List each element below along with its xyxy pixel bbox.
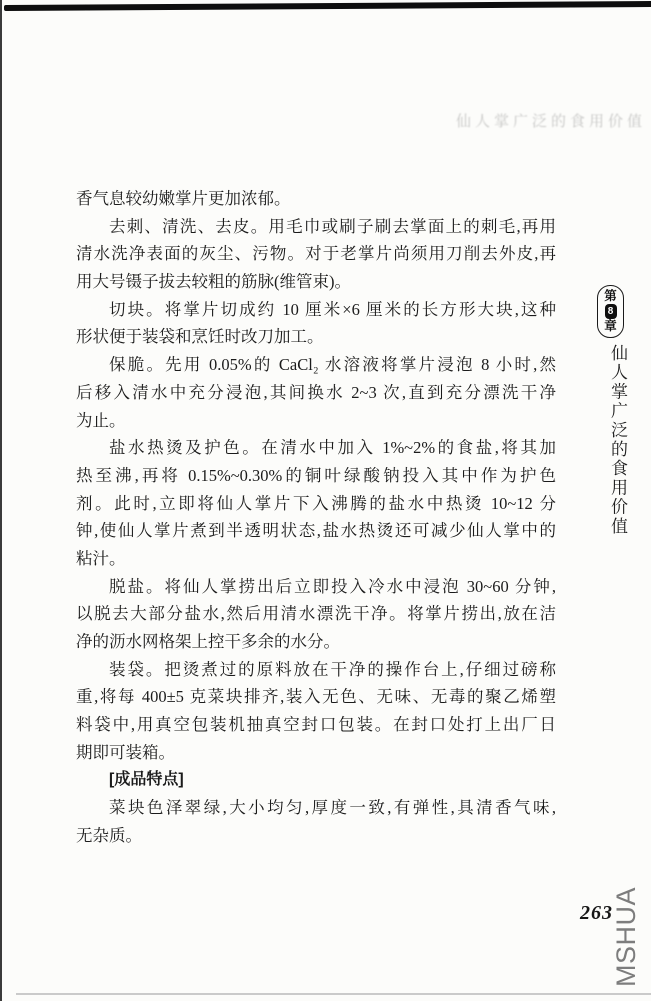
text-line: 形状便于装袋和烹饪时改刀加工。 bbox=[76, 323, 556, 351]
text-line: 盐水热烫及护色。在清水中加入 1%~2%的食盐,将其加 bbox=[76, 434, 556, 462]
text-line: 重,将每 400±5 克菜块排齐,装入无色、无味、无毒的聚乙烯塑 bbox=[76, 683, 556, 711]
text-line: 期即可装箱。 bbox=[76, 739, 556, 767]
scan-edge-artifact-top bbox=[4, 1, 651, 11]
page-number: 263 bbox=[580, 902, 613, 925]
text-line: 净的沥水网格架上控干多余的水分。 bbox=[76, 628, 556, 656]
text-line: 菜块色泽翠绿,大小均匀,厚度一致,有弹性,具清香气味, bbox=[76, 794, 556, 822]
text-line: 去刺、清洗、去皮。用毛巾或刷子刷去掌面上的刺毛,再用 bbox=[76, 213, 556, 241]
scanned-book-page: 仙人掌广泛的食用价值 香气息较幼嫩掌片更加浓郁。去刺、清洗、去皮。用毛巾或刷子刷… bbox=[0, 0, 651, 1001]
chapter-badge-suffix: 章 bbox=[604, 320, 617, 333]
text-line: 热至沸,再将 0.15%~0.30%的铜叶绿酸钠投入其中作为护色 bbox=[76, 462, 556, 490]
scan-edge-artifact-bottom bbox=[16, 993, 651, 995]
chapter-badge-number: 8 bbox=[605, 304, 617, 319]
text-line: 装袋。把烫煮过的原料放在干净的操作台上,仔细过磅称 bbox=[76, 656, 556, 684]
text-line: 料袋中,用真空包装机抽真空封口包装。在封口处打上出厂日 bbox=[76, 711, 556, 739]
text-line: [成品特点] bbox=[76, 766, 556, 794]
chapter-number-badge: 第 8 章 bbox=[597, 285, 624, 338]
text-line: 以脱去大部分盐水,然后用清水漂洗干净。将掌片捞出,放在洁 bbox=[76, 600, 556, 628]
text-line: 粘汁。 bbox=[76, 545, 556, 573]
watermark-text: MSHUA bbox=[610, 881, 642, 993]
chapter-title-vertical: 仙人掌广泛的食用价值 bbox=[605, 344, 630, 559]
body-text: 香气息较幼嫩掌片更加浓郁。去刺、清洗、去皮。用毛巾或刷子刷去掌面上的刺毛,再用清… bbox=[76, 185, 556, 850]
text-line: 后移入清水中充分浸泡,其间换水 2~3 次,直到充分漂洗干净 bbox=[76, 379, 556, 407]
running-header: 仙人掌广泛的食用价值 bbox=[398, 110, 646, 131]
text-line: 钟,使仙人掌片煮到半透明状态,盐水热烫还可减少仙人掌中的 bbox=[76, 517, 556, 545]
text-line: 保脆。先用 0.05%的 CaCl₂ 水溶液将掌片浸泡 8 小时,然 bbox=[76, 351, 556, 379]
text-line: 清水洗净表面的灰尘、污物。对于老掌片尚须用刀削去外皮,再 bbox=[76, 240, 556, 268]
text-line: 脱盐。将仙人掌捞出后立即投入冷水中浸泡 30~60 分钟, bbox=[76, 573, 556, 601]
chapter-badge-prefix: 第 bbox=[604, 290, 617, 303]
text-line: 用大号镊子拔去较粗的筋脉(维管束)。 bbox=[76, 268, 556, 296]
text-line: 切块。将掌片切成约 10 厘米×6 厘米的长方形大块,这种 bbox=[76, 296, 556, 324]
text-line: 剂。此时,立即将仙人掌片下入沸腾的盐水中热烫 10~12 分 bbox=[76, 490, 556, 518]
text-line: 香气息较幼嫩掌片更加浓郁。 bbox=[76, 185, 556, 213]
text-line: 无杂质。 bbox=[76, 822, 556, 850]
scan-edge-artifact-left bbox=[0, 0, 2, 1001]
text-line: 为止。 bbox=[76, 407, 556, 435]
